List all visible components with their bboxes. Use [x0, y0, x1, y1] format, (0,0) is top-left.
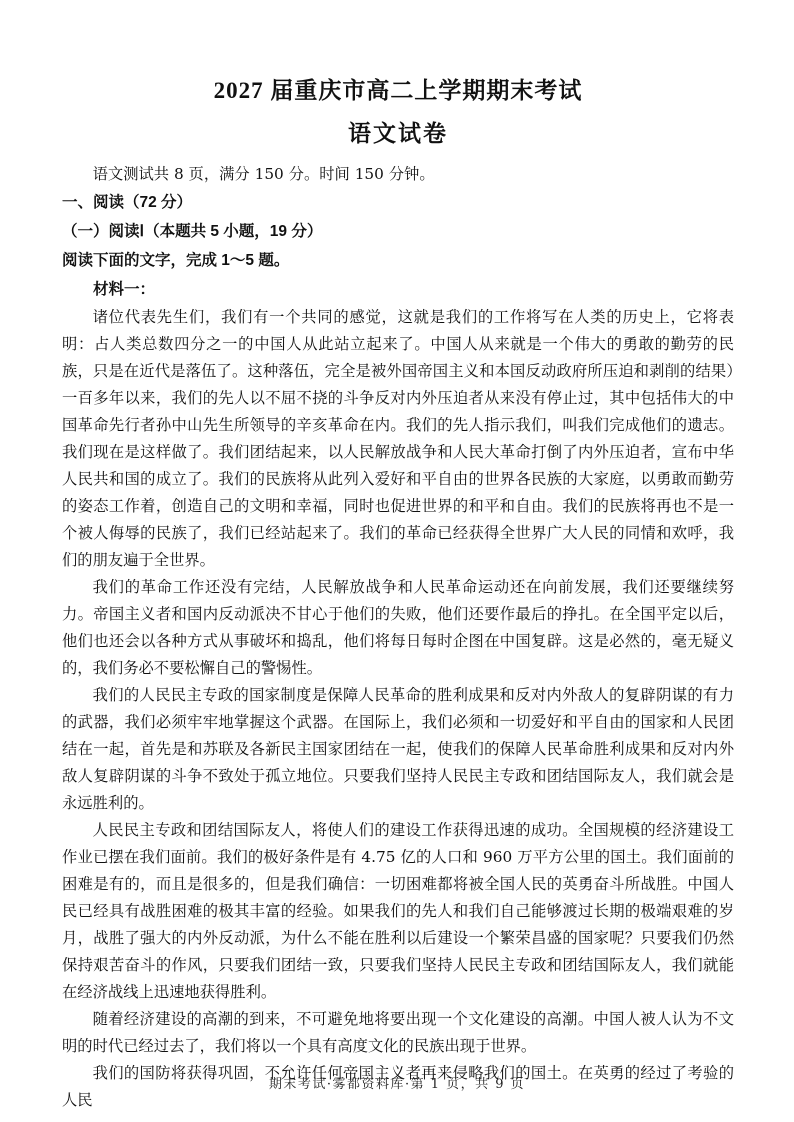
- exam-note: 语文测试共 8 页，满分 150 分。时间 150 分钟。: [62, 161, 734, 188]
- subsection-heading: （一）阅读Ⅰ（本题共 5 小题，19 分）: [62, 217, 734, 246]
- material-paragraph-5: 随着经济建设的高潮的到来，不可避免地将要出现一个文化建设的高潮。中国人被人认为不…: [62, 1006, 734, 1060]
- section-heading: 一、阅读（72 分）: [62, 188, 734, 217]
- material-one-label: 材料一：: [62, 275, 734, 304]
- material-paragraph-4: 人民民主专政和团结国际友人，将使人们的建设工作获得迅速的成功。全国规模的经济建设…: [62, 817, 734, 1006]
- material-paragraph-2: 我们的革命工作还没有完结，人民解放战争和人民革命运动还在向前发展，我们还要继续努…: [62, 574, 734, 682]
- exam-title: 2027 届重庆市高二上学期期末考试: [62, 76, 734, 106]
- exam-page: 2027 届重庆市高二上学期期末考试 语文试卷 语文测试共 8 页，满分 150…: [0, 0, 794, 1122]
- paper-title: 语文试卷: [62, 119, 734, 149]
- reading-instruction: 阅读下面的文字，完成 1～5 题。: [62, 246, 734, 275]
- material-paragraph-3: 我们的人民民主专政的国家制度是保障人民革命的胜利成果和反对内外敌人的复辟阴谋的有…: [62, 682, 734, 817]
- page-footer: 期末考试·雾都资料库·第 1 页，共 9 页: [0, 1073, 794, 1092]
- material-paragraph-1: 诸位代表先生们，我们有一个共同的感觉，这就是我们的工作将写在人类的历史上，它将表…: [62, 304, 734, 574]
